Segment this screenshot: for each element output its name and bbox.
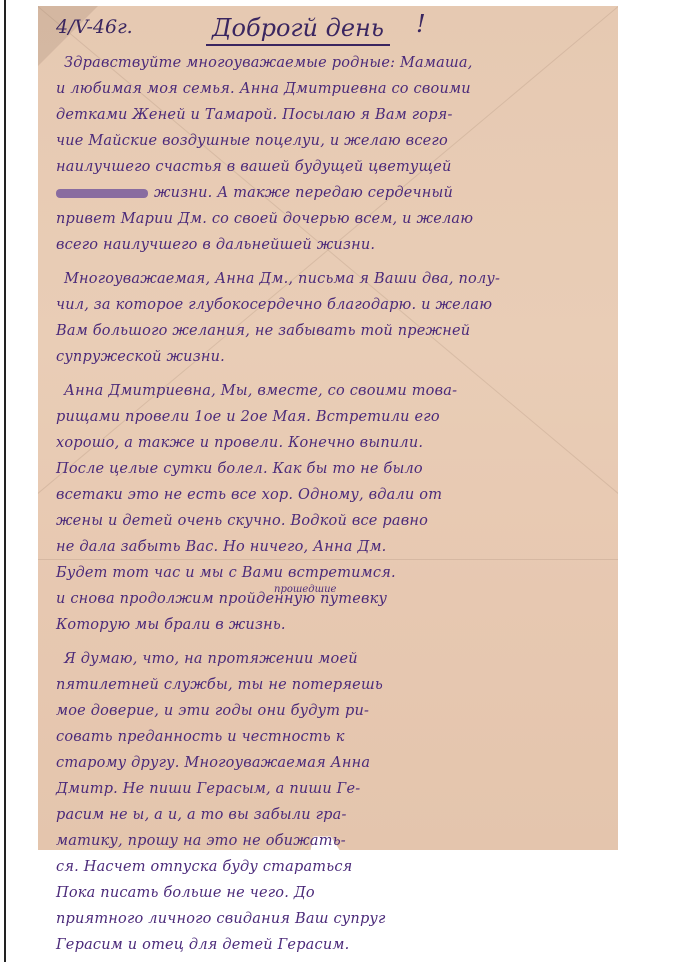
handwritten-line: и любимая моя семья. Анна Дмитриевна со … [56,76,616,102]
handwritten-line: Герасим и отец для детей Герасим. [56,932,616,958]
handwritten-line: всетаки это не есть все хор. Одному, вда… [56,482,616,508]
handwritten-line: матику, прошу на это не обижать- [56,828,616,854]
scan-border [4,0,6,962]
letter-body: 4/V-46г. Доброгй день ! Здравствуйте мно… [56,6,616,958]
handwritten-line: Здравствуйте многоуважаемые родные: Мама… [56,50,616,76]
handwritten-line: мое доверие, и эти годы они будут ри- [56,698,616,724]
handwritten-line: Я думаю, что, на протяжении моей [56,646,616,672]
letter-date: 4/V-46г. [56,16,133,38]
handwritten-line: всего наилучшего в дальнейшей жизни. [56,232,616,258]
handwritten-line: детками Женей и Тамарой. Посылаю я Вам г… [56,102,616,128]
handwritten-line: жизни. А также передаю сердечный [56,180,616,206]
handwritten-line: чил, за которое глубокосердечно благодар… [56,292,616,318]
paragraph: Многоуважаемая, Анна Дм., письма я Ваши … [56,266,616,370]
handwritten-line: Анна Дмитриевна, Мы, вместе, со своими т… [56,378,616,404]
crossed-out-word [56,189,148,198]
paragraph: Здравствуйте многоуважаемые родные: Мама… [56,50,616,258]
handwritten-line: супружеской жизни. [56,344,616,370]
handwritten-line: не дала забыть Вас. Но ничего, Анна Дм. [56,534,616,560]
handwritten-line: ся. Насчет отпуска буду стараться [56,854,616,880]
handwritten-line: жены и детей очень скучно. Водкой все ра… [56,508,616,534]
handwritten-line: совать преданность и честность к [56,724,616,750]
handwritten-line: хорошо, а также и провели. Конечно выпил… [56,430,616,456]
handwritten-line: чие Майские воздушные поцелуи, и желаю в… [56,128,616,154]
handwritten-line: наилучшего счастья в вашей будущей цвету… [56,154,616,180]
handwritten-line: привет Марии Дм. со своей дочерью всем, … [56,206,616,232]
handwritten-line: рищами провели 1ое и 2ое Мая. Встретили … [56,404,616,430]
handwritten-line: старому другу. Многоуважаемая Анна [56,750,616,776]
handwritten-line: Вам большого желания, не забывать той пр… [56,318,616,344]
handwritten-line: расим не ы, а и, а то вы забыли гра- [56,802,616,828]
letter-paragraphs: Здравствуйте многоуважаемые родные: Мама… [56,50,616,958]
paragraph: Я думаю, что, на протяжении моейпятилетн… [56,646,616,958]
handwritten-line: Которую мы брали в жизнь. [56,612,616,638]
letter-header: 4/V-46г. Доброгй день ! [56,6,616,50]
handwritten-line: После целые сутки болел. Как бы то не бы… [56,456,616,482]
handwritten-line: Дмитр. Не пиши Герасым, а пиши Ге- [56,776,616,802]
letter-greeting: Доброгй день [206,14,390,46]
handwritten-line: Многоуважаемая, Анна Дм., письма я Ваши … [56,266,616,292]
handwritten-line: Будет тот час и мы с Вами встретимся. [56,560,616,586]
insert-annotation: прошедшие [274,584,336,595]
handwritten-line: пятилетней службы, ты не потеряешь [56,672,616,698]
greeting-exclamation: ! [416,10,426,38]
handwritten-line: приятного личного свидания Ваш супруг [56,906,616,932]
paragraph: Анна Дмитриевна, Мы, вместе, со своими т… [56,378,616,638]
handwritten-line: Пока писать больше не чего. До [56,880,616,906]
